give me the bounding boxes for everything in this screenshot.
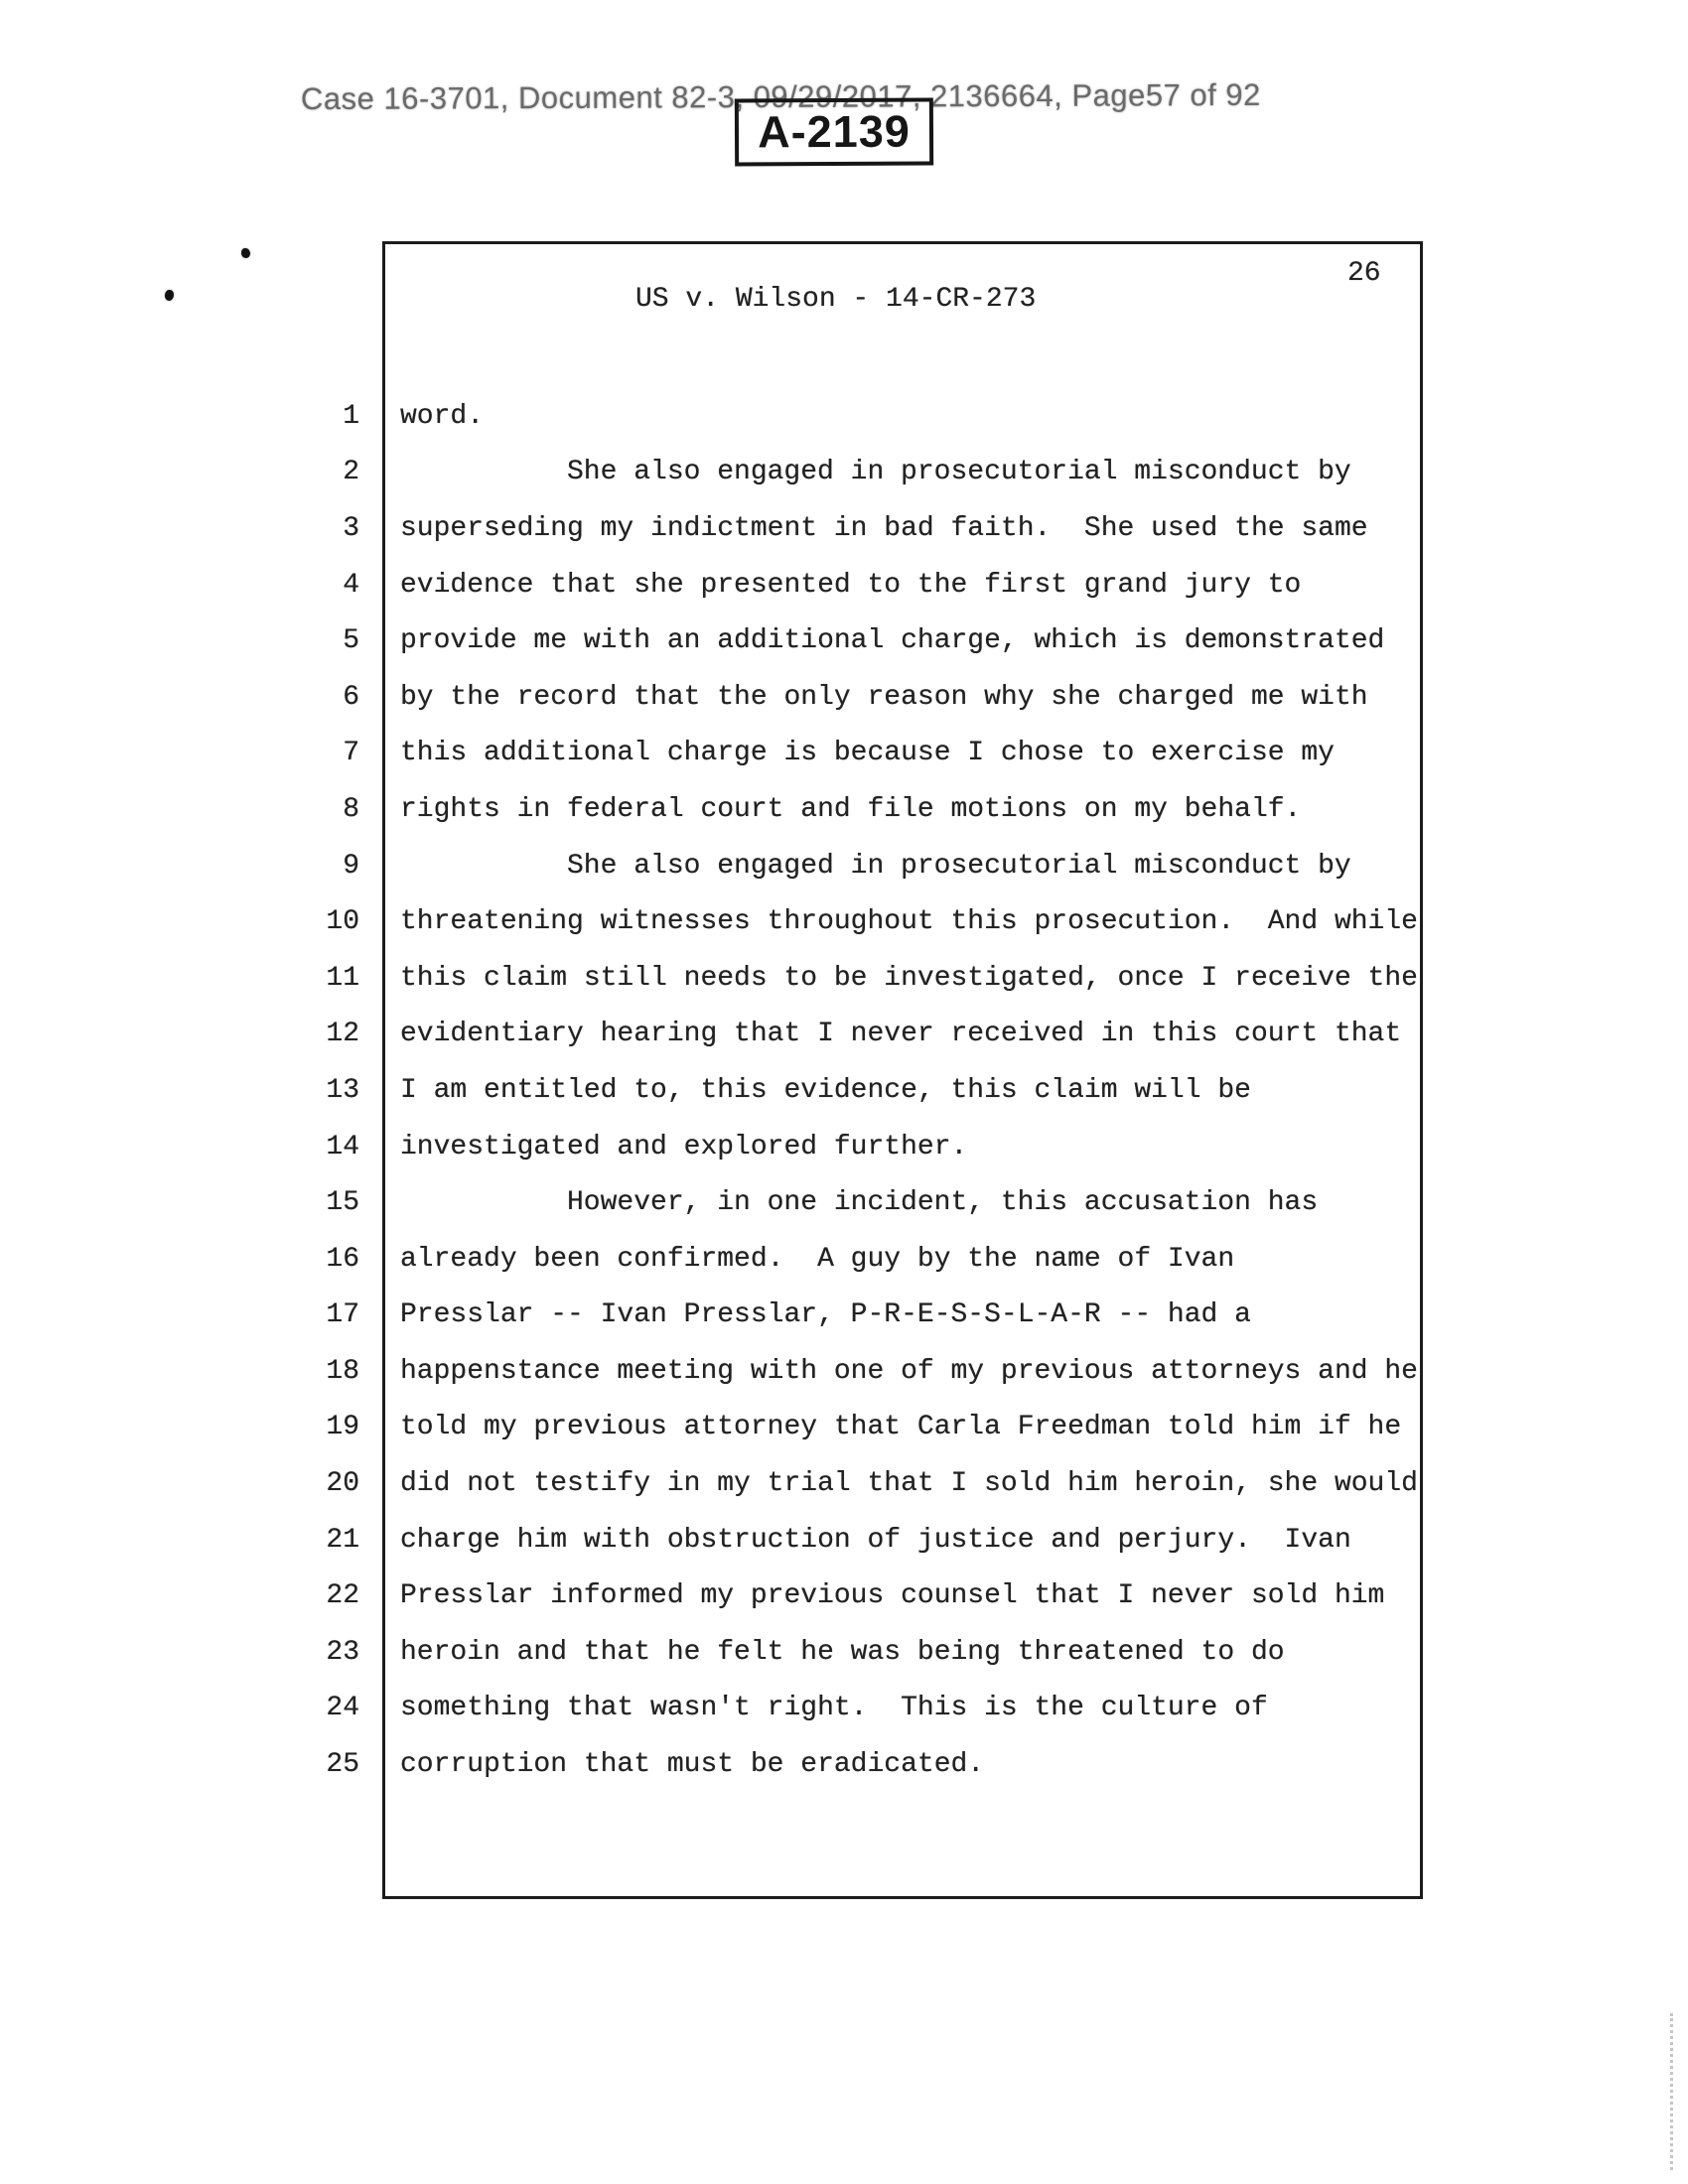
line-number: 10 — [300, 906, 359, 937]
transcript-line: 13I am entitled to, this evidence, this … — [300, 1062, 1418, 1119]
transcript-line: 25corruption that must be eradicated. — [300, 1736, 1418, 1793]
transcript-line: 24something that wasn't right. This is t… — [300, 1681, 1418, 1737]
transcript-line: 10threatening witnesses throughout this … — [300, 893, 1418, 950]
line-text: superseding my indictment in bad faith. … — [400, 513, 1368, 544]
line-number: 20 — [300, 1468, 359, 1499]
transcript-line: 20did not testify in my trial that I sol… — [300, 1455, 1418, 1512]
line-text: corruption that must be eradicated. — [400, 1749, 984, 1780]
line-text: Presslar -- Ivan Presslar, P-R-E-S-S-L-A… — [400, 1299, 1251, 1330]
line-number: 6 — [300, 682, 359, 713]
line-text: something that wasn't right. This is the… — [400, 1693, 1268, 1723]
line-number: 3 — [300, 513, 359, 544]
transcript-line: 14investigated and explored further. — [300, 1119, 1418, 1175]
line-text: investigated and explored further. — [400, 1132, 967, 1162]
line-text: threatening witnesses throughout this pr… — [400, 906, 1418, 937]
line-number: 16 — [300, 1244, 359, 1275]
line-number: 18 — [300, 1356, 359, 1387]
line-number: 4 — [300, 570, 359, 601]
line-number: 14 — [300, 1132, 359, 1162]
line-number: 12 — [300, 1019, 359, 1049]
transcript-line: 8rights in federal court and file motion… — [300, 781, 1418, 838]
line-text: provide me with an additional charge, wh… — [400, 625, 1384, 656]
transcript-line: 22Presslar informed my previous counsel … — [300, 1568, 1418, 1624]
line-text: rights in federal court and file motions… — [400, 794, 1301, 825]
line-text: Presslar informed my previous counsel th… — [400, 1580, 1384, 1611]
transcript-line: 19told my previous attorney that Carla F… — [300, 1400, 1418, 1456]
transcript-line: 18happenstance meeting with one of my pr… — [300, 1343, 1418, 1400]
transcript-line: 3superseding my indictment in bad faith.… — [300, 500, 1418, 557]
line-number: 7 — [300, 738, 359, 768]
transcript-lines: 1word.2She also engaged in prosecutorial… — [300, 388, 1418, 1793]
line-number: 13 — [300, 1075, 359, 1106]
line-number: 22 — [300, 1580, 359, 1611]
line-text: already been confirmed. A guy by the nam… — [400, 1244, 1234, 1275]
line-number: 9 — [300, 851, 359, 882]
scan-artifact-dotted-line — [1670, 2013, 1673, 2170]
line-text: did not testify in my trial that I sold … — [400, 1468, 1418, 1499]
line-text: heroin and that he felt he was being thr… — [400, 1637, 1285, 1668]
line-text: told my previous attorney that Carla Fre… — [400, 1412, 1401, 1442]
line-number: 17 — [300, 1299, 359, 1330]
line-number: 11 — [300, 963, 359, 994]
transcript-line: 1word. — [300, 388, 1418, 445]
transcript-line: 17Presslar -- Ivan Presslar, P-R-E-S-S-L… — [300, 1288, 1418, 1344]
line-text: by the record that the only reason why s… — [400, 682, 1368, 713]
ink-speck — [241, 248, 250, 258]
scanned-transcript-page: Case 16-3701, Document 82-3, 09/29/2017,… — [0, 0, 1688, 2184]
transcript-line: 16already been confirmed. A guy by the n… — [300, 1231, 1418, 1288]
line-text: She also engaged in prosecutorial miscon… — [400, 457, 1351, 487]
line-text: evidence that she presented to the first… — [400, 570, 1301, 601]
line-number: 8 — [300, 794, 359, 825]
line-number: 25 — [300, 1749, 359, 1780]
transcript-line: 9She also engaged in prosecutorial misco… — [300, 838, 1418, 894]
line-text: word. — [400, 401, 484, 432]
transcript-line: 4evidence that she presented to the firs… — [300, 557, 1418, 614]
transcript-line: 12evidentiary hearing that I never recei… — [300, 1007, 1418, 1063]
appendix-page-stamp-label: A-2139 — [758, 106, 911, 159]
transcript-line: 7this additional charge is because I cho… — [300, 726, 1418, 782]
appendix-page-stamp: A-2139 — [735, 97, 933, 166]
case-caption-title: US v. Wilson - 14-CR-273 — [635, 284, 1036, 315]
line-text: this additional charge is because I chos… — [400, 738, 1335, 768]
line-text: evidentiary hearing that I never receive… — [400, 1019, 1401, 1049]
transcript-line: 15However, in one incident, this accusat… — [300, 1174, 1418, 1231]
line-text: charge him with obstruction of justice a… — [400, 1525, 1351, 1556]
ink-speck — [165, 290, 174, 301]
line-number: 19 — [300, 1412, 359, 1442]
transcript-line: 23heroin and that he felt he was being t… — [300, 1624, 1418, 1681]
transcript-line: 21charge him with obstruction of justice… — [300, 1512, 1418, 1569]
line-text: this claim still needs to be investigate… — [400, 963, 1418, 994]
line-text: However, in one incident, this accusatio… — [400, 1187, 1318, 1218]
line-number: 24 — [300, 1693, 359, 1723]
transcript-page-number: 26 — [1347, 258, 1381, 289]
line-number: 21 — [300, 1525, 359, 1556]
line-number: 5 — [300, 625, 359, 656]
line-text: happenstance meeting with one of my prev… — [400, 1356, 1418, 1387]
line-text: She also engaged in prosecutorial miscon… — [400, 851, 1351, 882]
transcript-line: 6by the record that the only reason why … — [300, 669, 1418, 726]
transcript-line: 11this claim still needs to be investiga… — [300, 950, 1418, 1007]
line-number: 1 — [300, 401, 359, 432]
line-number: 23 — [300, 1637, 359, 1668]
line-number: 2 — [300, 457, 359, 487]
line-text: I am entitled to, this evidence, this cl… — [400, 1075, 1251, 1106]
line-number: 15 — [300, 1187, 359, 1218]
transcript-line: 5provide me with an additional charge, w… — [300, 613, 1418, 669]
transcript-line: 2She also engaged in prosecutorial misco… — [300, 445, 1418, 501]
